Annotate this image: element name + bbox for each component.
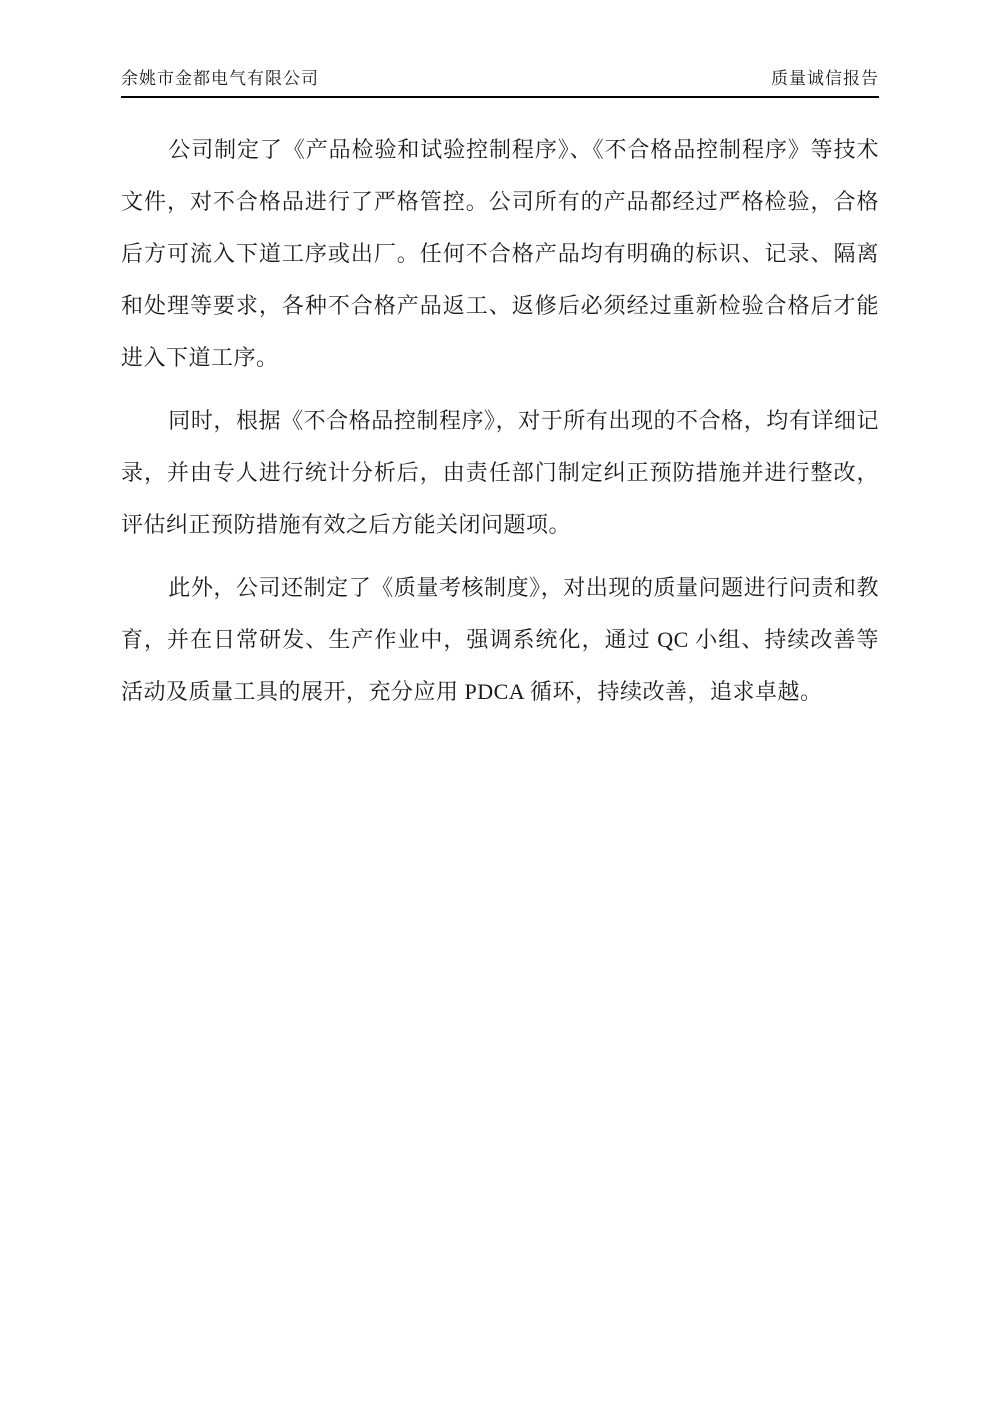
- body-paragraph: 公司制定了《产品检验和试验控制程序》、《不合格品控制程序》等技术文件，对不合格品…: [121, 124, 879, 384]
- body-paragraph: 此外，公司还制定了《质量考核制度》，对出现的质量问题进行问责和教育，并在日常研发…: [121, 562, 879, 718]
- header-document-title: 质量诚信报告: [771, 64, 879, 89]
- document-body: 公司制定了《产品检验和试验控制程序》、《不合格品控制程序》等技术文件，对不合格品…: [121, 124, 879, 729]
- page-header: 余姚市金都电气有限公司 质量诚信报告: [121, 64, 879, 98]
- document-page: 余姚市金都电气有限公司 质量诚信报告 公司制定了《产品检验和试验控制程序》、《不…: [0, 0, 1000, 1414]
- header-divider-rule: [121, 96, 879, 98]
- page-header-row: 余姚市金都电气有限公司 质量诚信报告: [121, 64, 879, 96]
- body-paragraph: 同时，根据《不合格品控制程序》，对于所有出现的不合格，均有详细记录，并由专人进行…: [121, 395, 879, 551]
- header-company-name: 余姚市金都电气有限公司: [121, 64, 319, 89]
